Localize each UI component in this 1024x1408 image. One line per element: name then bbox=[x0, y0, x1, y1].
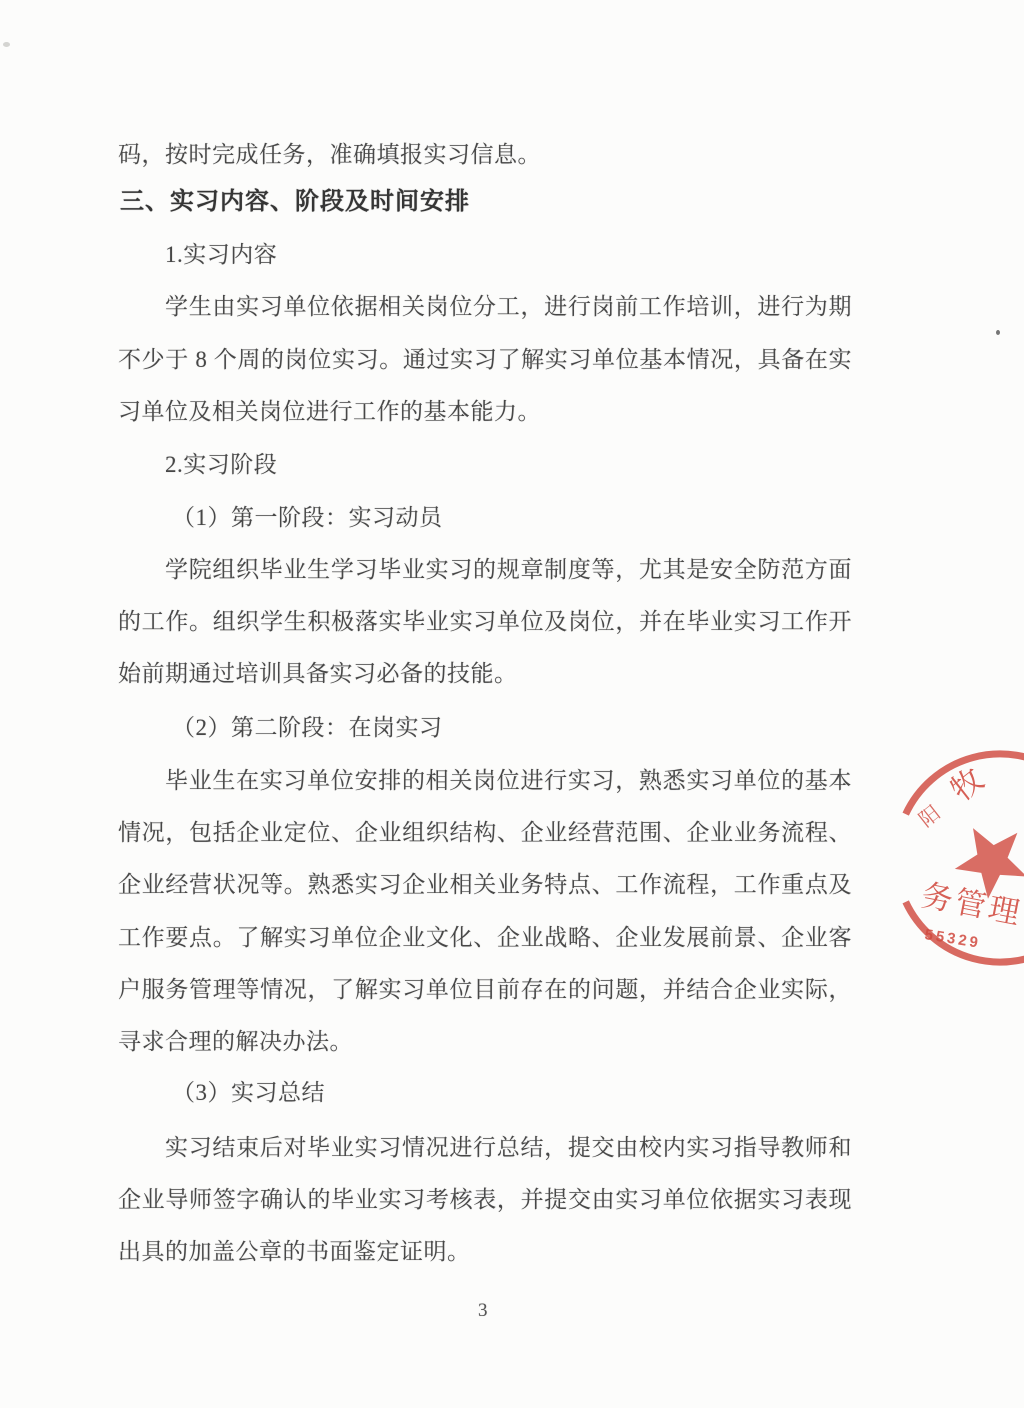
stage-title: （1）第一阶段：实习动员 bbox=[172, 503, 443, 533]
seal-rim-arcs bbox=[906, 754, 1024, 962]
text-line: 学生由实习单位依据相关岗位分工，进行岗前工作培训，进行为期 bbox=[165, 292, 852, 322]
text-line: 实习结束后对毕业实习情况进行总结，提交由校内实习指导教师和 bbox=[165, 1133, 852, 1163]
text-line: 企业经营状况等。熟悉实习企业相关业务特点、工作流程，工作重点及 bbox=[118, 870, 852, 900]
seal-serial-digits: 55329 bbox=[923, 926, 982, 952]
seal-ring-char-partial: 阳 bbox=[915, 801, 945, 831]
text-line: 寻求合理的解决办法。 bbox=[118, 1027, 353, 1057]
text-line: 企业导师签字确认的毕业实习考核表，并提交由实习单位依据实习表现 bbox=[118, 1185, 852, 1215]
stage-title: （2）第二阶段：在岗实习 bbox=[172, 713, 443, 743]
scanned-document-page: 码，按时完成任务，准确填报实习信息。 三、实习内容、阶段及时间安排 1.实习内容… bbox=[0, 0, 1024, 1408]
text-line: 习单位及相关岗位进行工作的基本能力。 bbox=[118, 397, 541, 427]
subsection-title: 2.实习阶段 bbox=[165, 450, 277, 480]
text-line: 工作要点。了解实习单位企业文化、企业战略、企业发展前景、企业客 bbox=[118, 923, 852, 953]
text-line: 出具的加盖公章的书面鉴定证明。 bbox=[118, 1237, 471, 1267]
star-icon bbox=[955, 828, 1024, 899]
subsection-title: 1.实习内容 bbox=[165, 240, 277, 270]
text-line: 不少于 8 个周的岗位实习。通过实习了解实习单位基本情况，具备在实 bbox=[118, 345, 852, 375]
text-line: 情况，包括企业定位、企业组织结构、企业经营范围、企业业务流程、 bbox=[118, 818, 852, 848]
section-heading: 三、实习内容、阶段及时间安排 bbox=[120, 187, 470, 217]
text-line: 码，按时完成任务，准确填报实习信息。 bbox=[118, 140, 541, 170]
scan-artifact-speck bbox=[996, 330, 1000, 335]
scan-artifact-speck bbox=[3, 42, 10, 47]
text-line: 学院组织毕业生学习毕业实习的规章制度等，尤其是安全防范方面 bbox=[165, 555, 852, 585]
text-line: 毕业生在实习单位安排的相关岗位进行实习，熟悉实习单位的基本 bbox=[165, 766, 852, 796]
page-number: 3 bbox=[478, 1300, 488, 1322]
stage-title: （3）实习总结 bbox=[172, 1078, 325, 1108]
text-line: 始前期通过培训具备实习必备的技能。 bbox=[118, 659, 518, 689]
seal-ring-char: 牧 bbox=[944, 761, 990, 808]
text-line: 户服务管理等情况，了解实习单位目前存在的问题，并结合企业实际， bbox=[118, 975, 852, 1005]
text-line: 的工作。组织学生积极落实毕业实习单位及岗位，并在毕业实习工作开 bbox=[118, 607, 852, 637]
official-seal-stamp: 牧 阳 务管理 55329 bbox=[880, 733, 1024, 978]
seal-band-text: 务管理 bbox=[919, 878, 1024, 932]
